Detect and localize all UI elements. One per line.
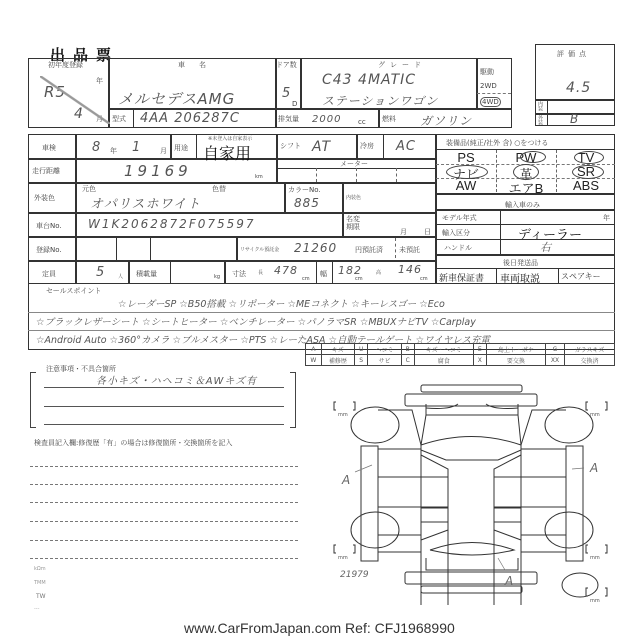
grade-line2: ステーションワゴン — [322, 92, 438, 109]
doors-unit: D — [292, 100, 297, 108]
ownership-month-unit: 月 — [400, 227, 407, 237]
legend-code: W — [306, 355, 322, 366]
displacement-unit: cc — [358, 118, 366, 126]
damage-mark-right: A — [589, 461, 598, 475]
tire-unit-label: mm — [338, 412, 348, 418]
mileage-unit: km — [255, 174, 263, 180]
drive-2wd: 2WD — [480, 82, 497, 90]
load-label: 積載量 — [136, 269, 157, 279]
vin-value: W1K2062872F075597 — [88, 217, 256, 231]
inspector-line — [30, 540, 298, 541]
sales-point-line-1: ☆レーダーSP ☆B50搭載 ☆リポーター ☆MEコネクト ☆キーレスゴー ☆E… — [118, 296, 445, 310]
width-label: 幅 — [320, 269, 327, 279]
first-registration-label: 初年度登録 — [48, 60, 83, 70]
side-label: --- — [34, 606, 39, 612]
legend-code: X — [473, 355, 486, 366]
legend-meaning: 補修歴 — [321, 355, 354, 366]
legend-meaning: ガラスキズ — [564, 344, 614, 355]
equipment-label: 装備品(純正/社外 含) ○をつける — [446, 138, 548, 148]
sales-points-label: セールスポイント — [46, 286, 101, 296]
equipment-abs: ABS — [556, 178, 616, 193]
height-value: 146 — [398, 263, 422, 276]
length-label: 長 — [258, 269, 263, 276]
grade-line1: C43 4MATIC — [322, 72, 416, 88]
doors-value: 5 — [282, 86, 291, 101]
color-no-label: カラーNo. — [288, 185, 321, 195]
recycle-paid: 円預託済 — [355, 245, 383, 255]
inspector-line — [30, 502, 298, 503]
recycle-value: 21260 — [294, 241, 337, 255]
notes-bracket-left — [30, 372, 36, 428]
exterior-grade-label: 外装 — [537, 115, 544, 125]
model-year-label: モデル年式 — [442, 213, 477, 223]
ownership-deadline-label: 名変期限 — [346, 215, 362, 231]
displacement-value: 2000 — [312, 114, 341, 125]
circle-mark-pw — [520, 151, 546, 163]
legend-meaning: キズ・ヘコミ — [414, 344, 473, 355]
circle-mark-navi — [446, 165, 488, 179]
footer-watermark: www.CarFromJapan.com Ref: CFJ1968990 — [184, 620, 455, 636]
ownership-day-unit: 日 — [424, 227, 431, 237]
drive-label: 駆動 — [480, 67, 494, 77]
later-delivery-sparekey: スペアキー — [561, 271, 601, 282]
inspector-line — [30, 521, 298, 522]
score-label: 評価点 — [557, 49, 590, 59]
legend-code: G — [545, 344, 564, 355]
notes-bracket-right — [290, 372, 296, 428]
damage-legend: Aキズ Uヘコミ Bキズ・ヘコミ E島上ト・ポケ Gガラスキズ W補修歴 Sサビ… — [305, 343, 615, 366]
later-delivery-manual: 車両取説 — [500, 270, 540, 285]
aircon-value: AC — [396, 139, 416, 154]
car-damage-diagram: mm mm mm mm mm A A A 21979 — [300, 380, 640, 605]
capacity-value: 5 — [96, 265, 105, 280]
width-unit: cm — [355, 276, 363, 282]
recycle-paid-text: 預託済 — [362, 246, 383, 254]
damage-mark-rear: A — [504, 574, 513, 588]
side-label: TW — [36, 593, 46, 600]
aircon-label: 冷房 — [360, 141, 374, 151]
inspector-line — [30, 558, 298, 559]
legend-meaning: キズ — [321, 344, 354, 355]
inspection-month-unit: 月 — [160, 146, 167, 156]
side-label: kΩm — [34, 566, 46, 572]
model-code-label: 型式 — [112, 114, 126, 124]
circle-mark-sr — [572, 165, 604, 179]
inspector-line — [30, 466, 298, 467]
color-no-value: 885 — [294, 196, 320, 210]
recycle-unpaid: 未預託 — [399, 245, 420, 255]
model-year-unit: 年 — [603, 213, 610, 223]
fuel-label: 燃料 — [382, 114, 396, 124]
car-name-label: 車名 — [178, 60, 220, 70]
legend-code: C — [401, 355, 414, 366]
interior-grade-label: 内装 — [537, 101, 544, 111]
height-label: 高 — [376, 269, 381, 276]
legend-meaning: ヘコミ — [368, 344, 401, 355]
load-unit: kg — [214, 274, 220, 280]
import-type-label: 輸入区分 — [442, 228, 470, 238]
doors-label: ドア数 — [276, 60, 297, 70]
inspection-year-unit: 年 — [110, 146, 117, 156]
equipment-aw: AW — [436, 178, 496, 193]
legend-code: E — [473, 344, 486, 355]
model-code-value: 4AA 206287C — [140, 111, 240, 126]
recycle-label: リサイクル預託金 — [240, 246, 279, 253]
tire-unit-label: mm — [338, 555, 348, 561]
inspection-label: 車検 — [42, 143, 56, 153]
later-delivery-warranty: 新車保証書 — [439, 271, 484, 284]
legend-meaning: 要交換 — [486, 355, 545, 366]
dimensions-label: 寸法 — [232, 269, 246, 279]
interior-color-label: 内装色 — [346, 194, 361, 201]
legend-meaning: 交換済 — [564, 355, 614, 366]
legend-code: A — [306, 344, 322, 355]
legend-code: B — [401, 344, 414, 355]
paint-change-label: 色替 — [212, 184, 226, 194]
length-value: 478 — [274, 264, 298, 277]
exterior-grade-value: B — [570, 112, 579, 126]
handle-value: 右 — [540, 239, 552, 255]
drive-4wd: 4WD — [480, 97, 501, 107]
shift-label: シフト — [280, 141, 301, 151]
inspector-label: 検査員記入欄:修復歴「有」の場合は修復箇所・交換箇所を記入 — [34, 438, 232, 448]
score-value: 4.5 — [566, 80, 591, 96]
legend-code: S — [354, 355, 368, 366]
mileage-label: 走行距離 — [32, 166, 60, 176]
length-unit: cm — [302, 276, 310, 282]
tire-unit-label: mm — [590, 555, 600, 561]
legend-code: XX — [545, 355, 564, 366]
car-name-value: メルセデスAMG — [118, 88, 235, 109]
notes-line-1: 各小キズ・ハヘコミ＆AWキズ有 — [96, 372, 257, 387]
circle-mark-leather — [513, 164, 539, 180]
legend-code: U — [354, 344, 368, 355]
recycle-unit: 円 — [355, 246, 362, 254]
inspection-month: 1 — [132, 140, 141, 155]
diagonal-slash — [40, 76, 110, 124]
sales-point-line-2: ☆ブラックレザーシート ☆シートヒーター ☆ベンチレーター ☆パノラマSR ☆M… — [36, 314, 476, 328]
legend-meaning: 腐食 — [414, 355, 473, 366]
usage-label: 用途 — [174, 143, 188, 153]
tire-unit-label: mm — [590, 598, 600, 604]
grade-label: グレード — [378, 60, 426, 70]
circle-mark-tv — [574, 151, 604, 164]
handle-label: ハンドル — [444, 243, 472, 253]
vin-label: 車台No. — [36, 221, 62, 231]
usage-value: 自家用 — [203, 141, 251, 164]
shift-value: AT — [312, 139, 331, 155]
later-delivery-label: 後日発送品 — [503, 258, 538, 268]
side-label: TMM — [34, 580, 46, 586]
damage-mark-left: A — [341, 473, 350, 487]
registration-no-label: 登録No. — [36, 245, 62, 255]
mileage-value: 19169 — [124, 162, 192, 180]
equipment-ps: PS — [436, 150, 496, 165]
diagram-code: 21979 — [340, 570, 369, 580]
color-label: 外装色 — [34, 193, 55, 203]
legend-meaning: サビ — [368, 355, 401, 366]
capacity-label: 定員 — [42, 269, 56, 279]
inspector-line — [30, 484, 298, 485]
capacity-unit: 人 — [118, 273, 123, 280]
original-color-value: オパリスホワイト — [90, 193, 201, 212]
displacement-label: 排気量 — [278, 114, 299, 124]
inspection-year: 8 — [92, 140, 101, 155]
height-unit: cm — [420, 276, 428, 282]
legend-meaning: 島上ト・ポケ — [486, 344, 545, 355]
tire-unit-label: mm — [590, 412, 600, 418]
fuel-value: ガソリン — [420, 112, 472, 129]
